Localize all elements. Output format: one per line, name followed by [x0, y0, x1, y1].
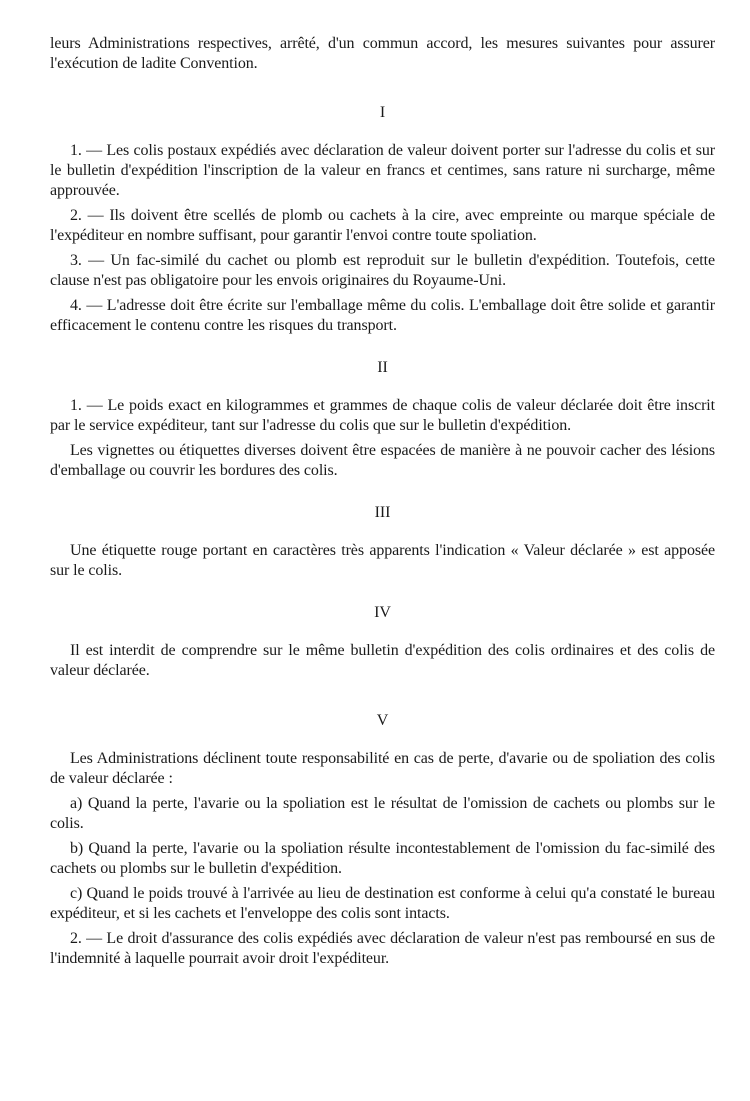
section-heading: IV: [50, 603, 715, 623]
section-iii: III Une étiquette rouge portant en carac…: [50, 503, 715, 581]
section-iv: IV Il est interdit de comprendre sur le …: [50, 603, 715, 681]
intro-paragraph: leurs Administrations respectives, arrêt…: [50, 34, 715, 74]
section-heading: II: [50, 358, 715, 378]
article-paragraph: Il est interdit de comprendre sur le mêm…: [50, 641, 715, 681]
section-i: I 1. — Les colis postaux expédiés avec d…: [50, 103, 715, 336]
article-paragraph: c) Quand le poids trouvé à l'arrivée au …: [50, 884, 715, 924]
article-paragraph: 4. — L'adresse doit être écrite sur l'em…: [50, 296, 715, 336]
article-paragraph: Les Administrations déclinent toute resp…: [50, 749, 715, 789]
article-paragraph: a) Quand la perte, l'avarie ou la spolia…: [50, 794, 715, 834]
section-ii: II 1. — Le poids exact en kilogrammes et…: [50, 358, 715, 481]
article-paragraph: Les vignettes ou étiquettes diverses doi…: [50, 441, 715, 481]
article-paragraph: 1. — Les colis postaux expédiés avec déc…: [50, 141, 715, 201]
article-paragraph: 3. — Un fac-similé du cachet ou plomb es…: [50, 251, 715, 291]
document-page: leurs Administrations respectives, arrêt…: [50, 34, 715, 969]
section-heading: III: [50, 503, 715, 523]
section-heading: I: [50, 103, 715, 123]
article-paragraph: Une étiquette rouge portant en caractère…: [50, 541, 715, 581]
section-v: V Les Administrations déclinent toute re…: [50, 711, 715, 969]
article-paragraph: 1. — Le poids exact en kilogrammes et gr…: [50, 396, 715, 436]
article-paragraph: 2. — Le droit d'assurance des colis expé…: [50, 929, 715, 969]
article-paragraph: b) Quand la perte, l'avarie ou la spolia…: [50, 839, 715, 879]
article-paragraph: 2. — Ils doivent être scellés de plomb o…: [50, 206, 715, 246]
section-heading: V: [50, 711, 715, 731]
